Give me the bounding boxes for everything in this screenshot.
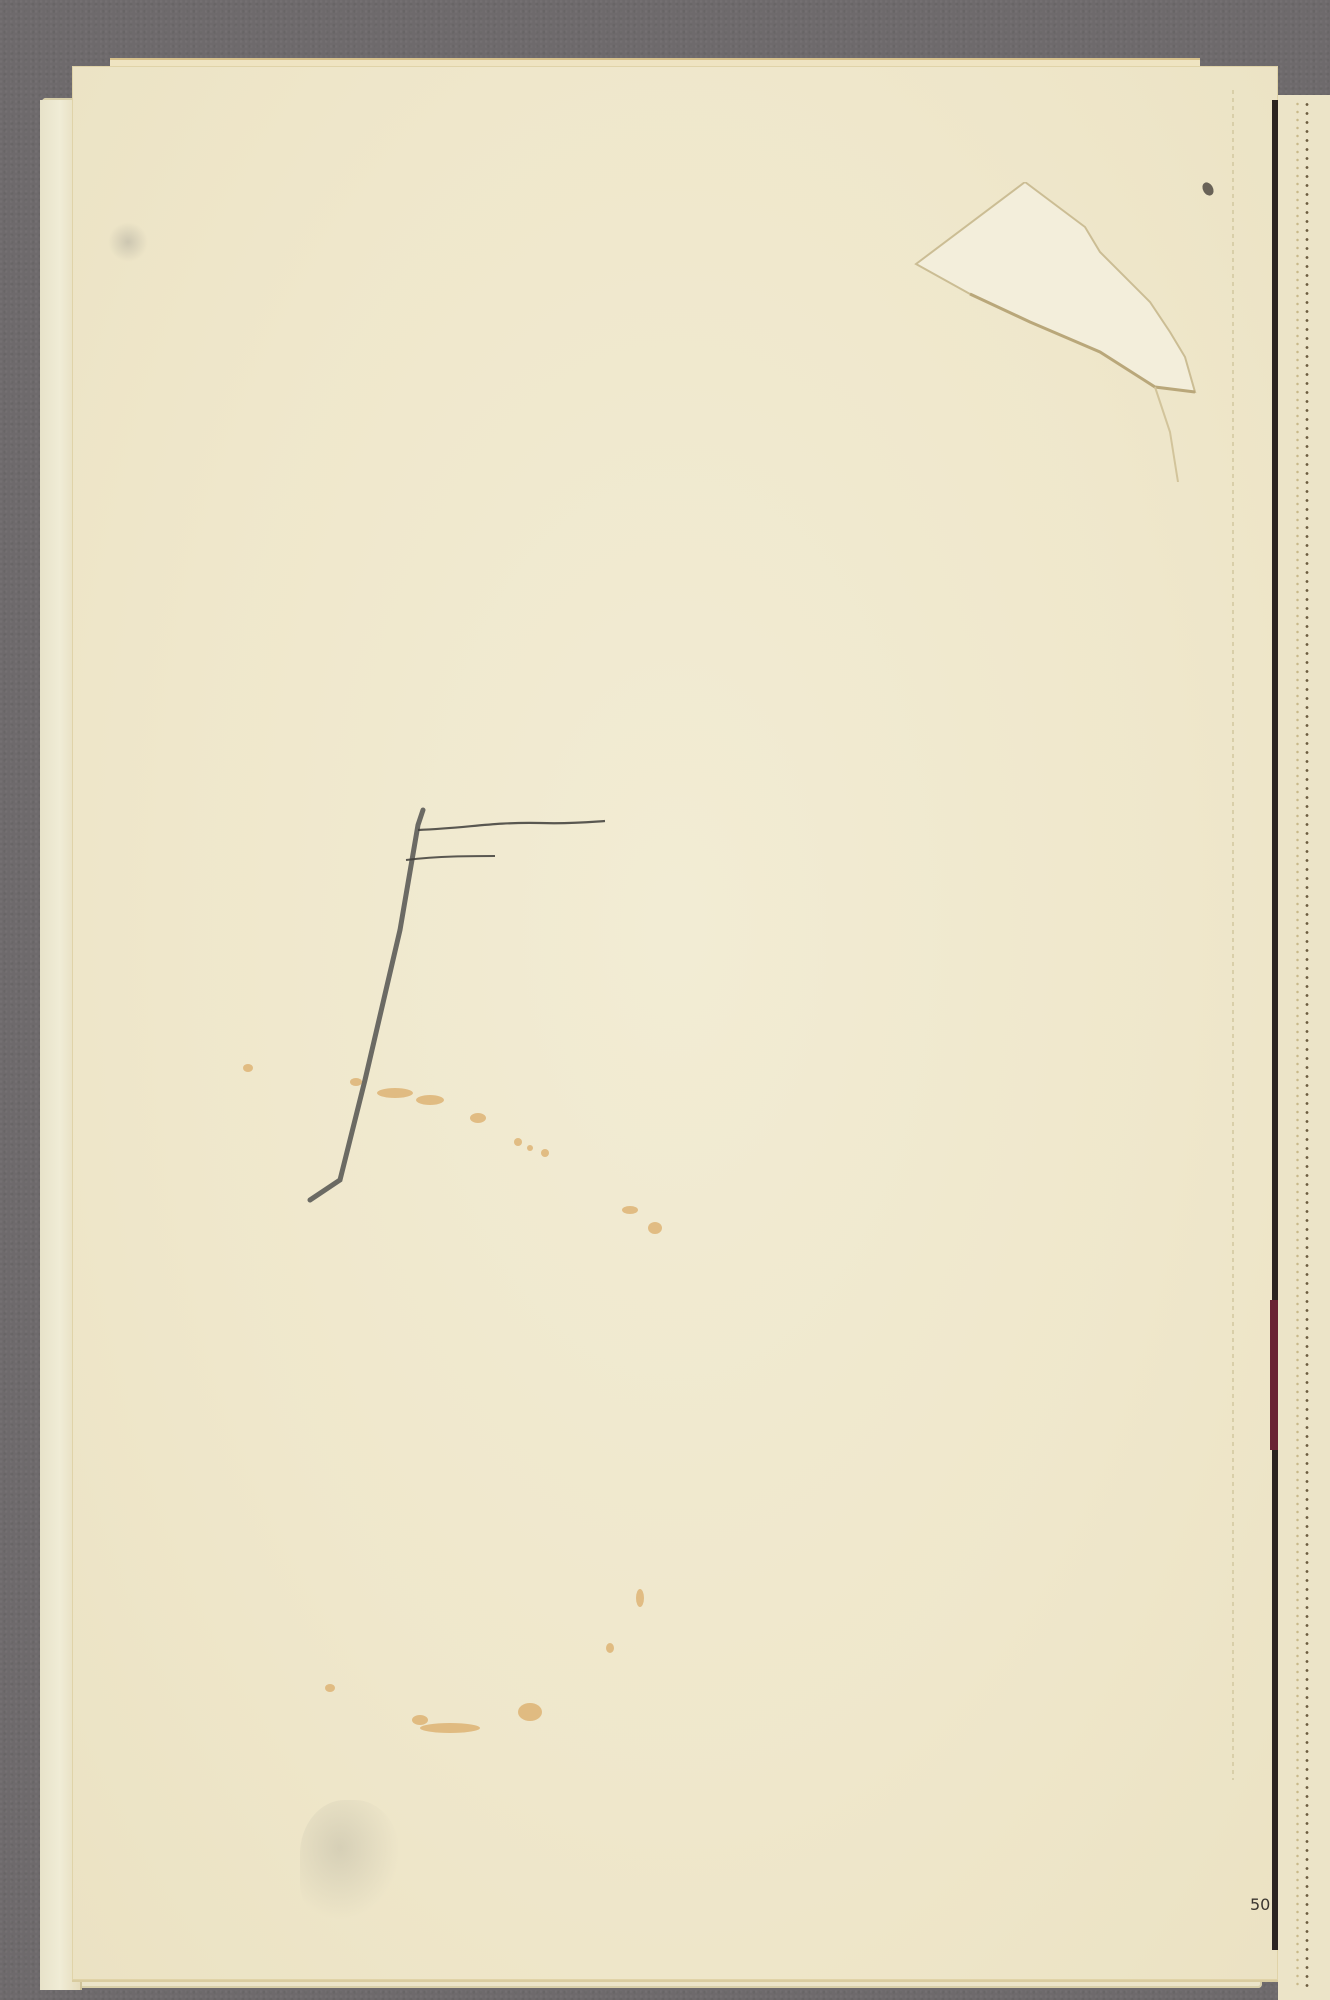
foxing-stains — [0, 0, 1330, 2000]
page-number: 50 — [1250, 1895, 1270, 1914]
